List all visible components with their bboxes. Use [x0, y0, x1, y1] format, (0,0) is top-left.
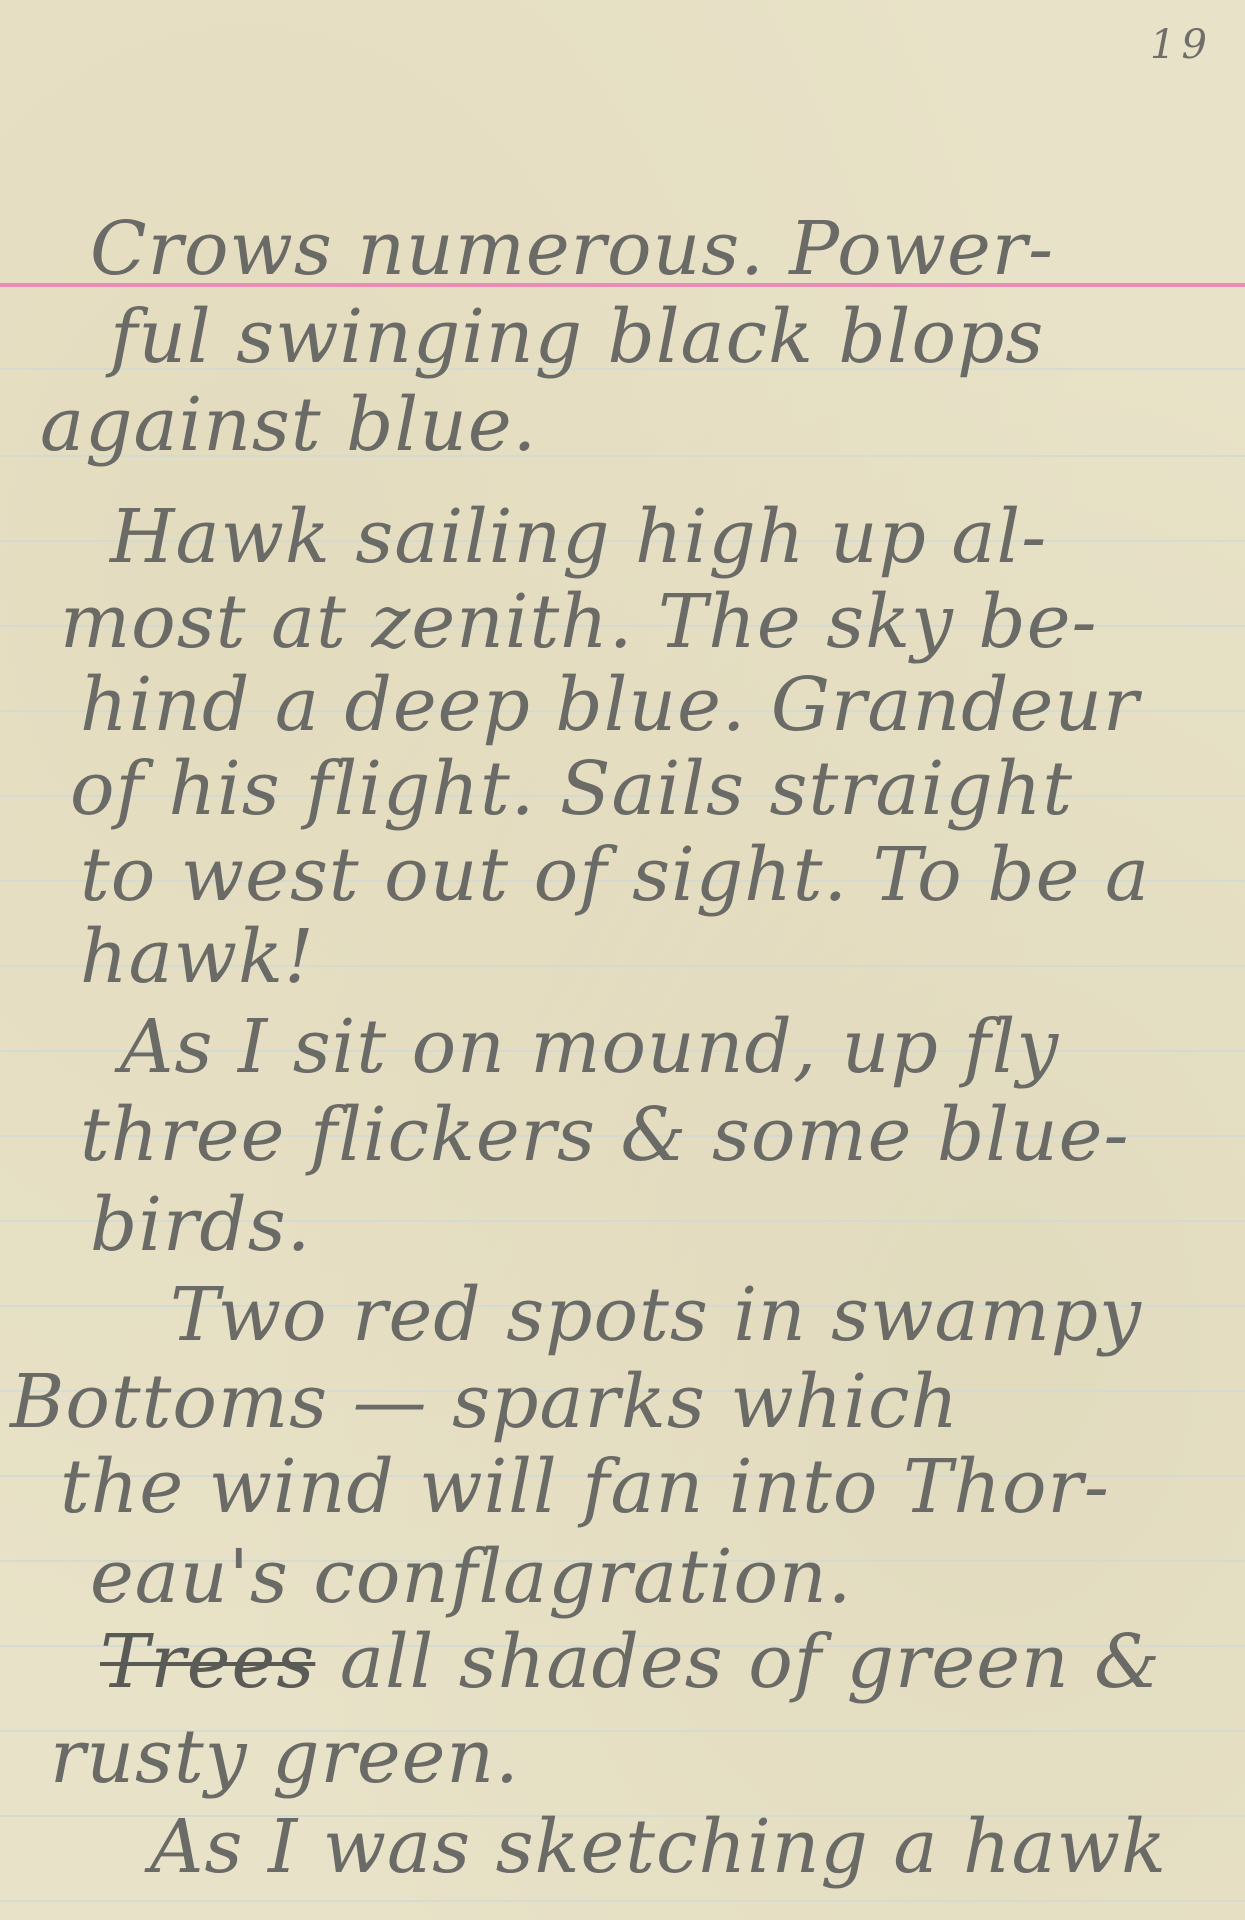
- handwritten-line: Crows numerous. Power-: [90, 212, 1054, 286]
- handwritten-line: hawk!: [80, 920, 315, 994]
- handwritten-line: three flickers & some blue-: [80, 1098, 1129, 1172]
- handwritten-line: most at zenith. The sky be-: [60, 585, 1098, 659]
- handwritten-line: Two red spots in swampy: [170, 1278, 1142, 1352]
- handwritten-line: hind a deep blue. Grandeur: [80, 668, 1139, 742]
- page-number: 19: [1150, 22, 1213, 68]
- handwritten-line: the wind will fan into Thor-: [60, 1450, 1110, 1524]
- handwritten-line: As I was sketching a hawk: [150, 1810, 1167, 1884]
- line-remainder: all shades of green &: [315, 1619, 1161, 1705]
- handwritten-line: to west out of sight. To be a: [80, 838, 1150, 912]
- handwritten-line: of his flight. Sails straight: [70, 752, 1073, 826]
- handwritten-line-with-strikethrough: Trees all shades of green &: [100, 1625, 1161, 1699]
- ruled-line: [0, 1900, 1245, 1902]
- handwritten-line: Hawk sailing high up al-: [110, 500, 1047, 574]
- handwritten-line: ful swinging black blops: [110, 300, 1044, 374]
- journal-page: 19 Crows numerous. Power- ful swinging b…: [0, 0, 1245, 1920]
- handwritten-line: birds.: [90, 1188, 311, 1262]
- handwritten-line: rusty green.: [50, 1720, 520, 1794]
- handwritten-line: As I sit on mound, up fly: [120, 1010, 1059, 1084]
- struck-out-word: Trees: [100, 1619, 315, 1705]
- handwritten-line: Bottoms — sparks which: [10, 1365, 959, 1439]
- handwritten-line: eau's conflagration.: [90, 1540, 852, 1614]
- handwritten-line: against blue.: [40, 388, 537, 462]
